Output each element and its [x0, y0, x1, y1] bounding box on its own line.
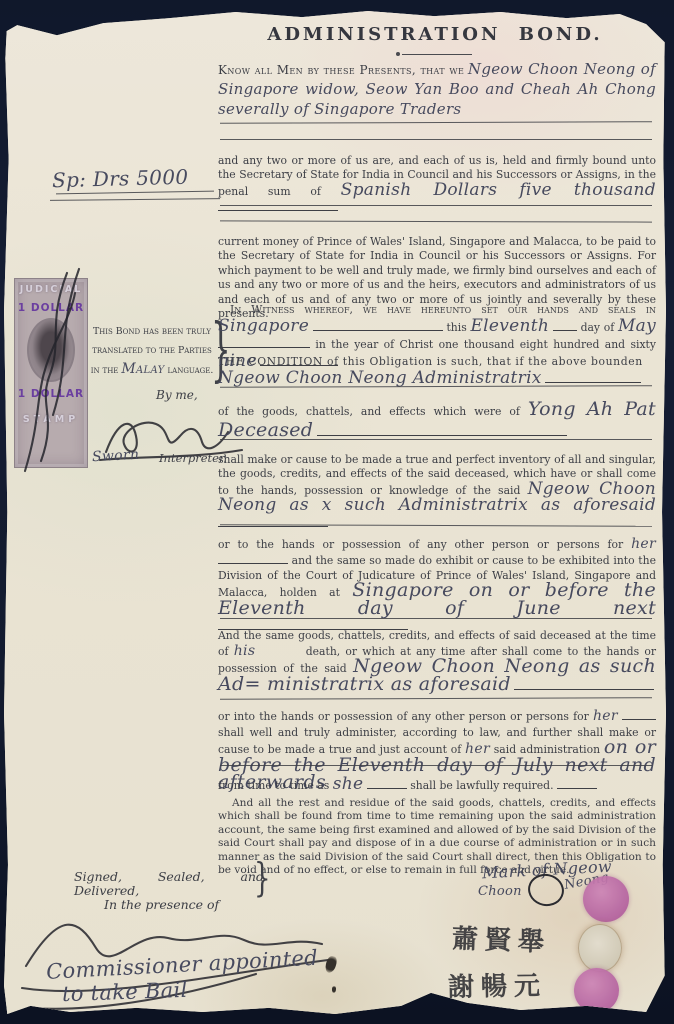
witness-clause: In Witness whereof, we have hereunto set… [230, 303, 656, 316]
witness-this: this [446, 321, 466, 334]
blank-line [313, 319, 443, 331]
hw-her-1: her [631, 536, 656, 552]
paragraph-lawfully-required: from time to time as she shall be lawful… [218, 776, 656, 794]
margin-underline [50, 198, 220, 201]
blank-line [514, 678, 654, 690]
paragraph-penal-sum: and any two or more of us are, and each … [218, 154, 656, 216]
blank-line [218, 336, 310, 348]
blank-line [553, 319, 577, 331]
paragraph-same-goods: And the same goods, chattels, credits, a… [218, 628, 656, 694]
photo-background: ADMINISTRATION BOND. Know all Men by the… [0, 0, 674, 1024]
page-title: ADMINISTRATION BOND. [216, 24, 654, 45]
paragraph-know-all-men: Know all Men by these Presents, that we … [218, 60, 656, 120]
administer-clause-1: or into the hands or possession of any o… [218, 710, 589, 723]
exhibit-clause-1: or to the hands or possession of any oth… [218, 538, 623, 551]
hw-language-name: Malay [121, 361, 164, 377]
horizontal-rule [220, 121, 652, 124]
paragraph-effects-of-deceased: of the goods, chattels, and effects whic… [218, 400, 656, 442]
condition-clause: THE CONDITION of this Obligation is such… [218, 355, 643, 368]
by-me-label: By me, [156, 388, 198, 402]
interpreter-label: Interpreter. [159, 451, 227, 465]
horizontal-rule [220, 220, 652, 222]
hw-commissioner-2: to take Bail [62, 978, 188, 1006]
opening-clause: Know all Men by these Presents, that we [218, 63, 464, 77]
hw-day: Eleventh [470, 316, 549, 336]
margin-penal-sum-note: Sp: Drs 5000 [52, 164, 223, 192]
wax-seal-pink-top [583, 876, 629, 922]
signed-sealed-brace: } [254, 857, 271, 902]
horizontal-rule [220, 618, 652, 619]
paragraph-inventory: shall make or cause to be made a true an… [218, 453, 656, 531]
translation-line3-pre: in the [91, 365, 119, 376]
hw-sworn: Sworn [92, 447, 140, 465]
blank-line [317, 424, 567, 436]
blank-line [367, 777, 407, 789]
hw-her-2: her [593, 708, 618, 724]
blank-line [557, 777, 597, 789]
wax-seal-pink-bottom [574, 968, 619, 1013]
hw-mark-line2: Choon [478, 884, 522, 899]
translation-note: This Bond has been truly translated to t… [88, 322, 216, 380]
signed-sealed-label: Signed, Sealed, and Delivered, [74, 870, 264, 899]
paragraph-exhibit: or to the hands or possession of any oth… [218, 537, 656, 634]
horizontal-rule [220, 697, 652, 700]
translation-line3: in the Malay language. [88, 360, 216, 380]
chinese-signature-1: 蕭賢舉 [451, 918, 551, 958]
wax-seal-white-middle [578, 924, 622, 972]
horizontal-rule [220, 439, 652, 440]
hw-his: his [234, 643, 256, 659]
horizontal-rule [220, 205, 652, 206]
translation-line2: translated to the Parties [88, 341, 216, 360]
hw-she: she [333, 774, 364, 794]
blank-line [545, 371, 641, 383]
translation-line1: This Bond has been truly [88, 322, 216, 341]
horizontal-rule [220, 765, 652, 766]
judicial-stamp: JUDICIAL 1 DOLLAR 1 DOLLAR STAMP [14, 278, 88, 468]
witness-day-of: day of [581, 321, 615, 334]
hw-month: May [618, 316, 656, 336]
paragraph-condition: THE CONDITION of this Obligation is such… [218, 353, 656, 388]
translation-line3-post: language. [167, 365, 213, 376]
hw-place: Singapore [218, 316, 309, 336]
witness-year: in the year of Christ one thousand eight… [315, 338, 656, 351]
stamp-signature-scrawl [9, 265, 95, 481]
document-paper: ADMINISTRATION BOND. Know all Men by the… [4, 8, 666, 1016]
blank-line [622, 708, 656, 720]
title-flourish [402, 54, 472, 55]
lawfully-clause-2: shall be lawfully required. [410, 779, 553, 792]
blank-line [218, 552, 288, 564]
horizontal-rule [220, 139, 652, 140]
effects-clause: of the goods, chattels, and effects whic… [218, 405, 520, 418]
hw-spanish-dollars: Spanish Dollars five thousand [341, 180, 656, 200]
chinese-signature-2: 謝暢元 [448, 965, 548, 1004]
lawfully-clause-1: from time to time as [218, 779, 329, 792]
